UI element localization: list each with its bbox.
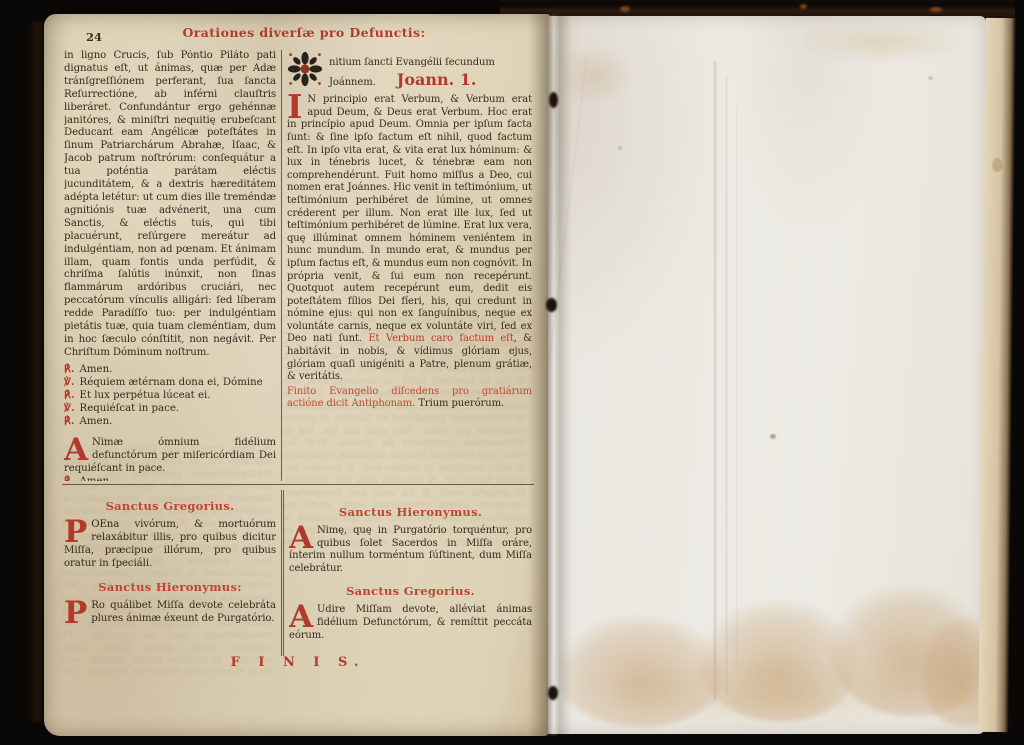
page-crease [726,76,727,696]
versicle-symbol: ℣. [64,402,75,414]
section-paragraph: POEna vivórum, & mortuórum relaxábitur i… [64,519,276,571]
drop-cap-initial: A [289,525,317,550]
versicle-line: ℟.Amen. [64,475,276,481]
fox-spot [770,434,776,439]
lower-text-columns: Sanctus Gregorius. POEna vivórum, & mort… [64,490,532,656]
fleuron-ornament-icon [287,51,323,87]
upper-text-columns: in ligno Crucis, ſub Póntio Piláto pati … [64,50,532,481]
edge-smudge [992,158,1002,172]
sewing-hole [546,298,557,312]
fox-spot [928,76,933,80]
versicle-line: ℟.Et lux perpétua lúceat ei. [64,389,276,402]
gospel-red-phrase: Et Verbum caro factum eſt [368,333,513,344]
rubric-paragraph: Finito Evangelio diſcedens pro gratiárum… [287,386,532,411]
versicle-text: Amen. [80,476,113,481]
drop-cap-initial: A [289,604,317,629]
rust-speck [800,4,807,9]
rubric-black-text: Trium puerórum. [418,398,504,409]
finis-label: F I N I S. [64,655,532,670]
drop-cap-initial: A [64,437,92,462]
versicle-text: Amen. [80,416,113,427]
response-symbol: ℟. [64,363,75,375]
section-heading: Sanctus Hieronymus: [64,580,276,594]
section-text: Udire Miſſam devote, alléviat ánimas fid… [289,604,532,640]
prayer-paragraph: in ligno Crucis, ſub Póntio Piláto pati … [64,50,276,360]
running-header: Orationes diverſæ pro Defunctis: [84,25,524,40]
drop-cap-initial: P [64,519,91,544]
versicle-line: ℟.Amen. [64,415,276,428]
section-heading: Sanctus Gregorius. [289,584,532,598]
section-heading: Sanctus Gregorius. [64,499,276,513]
right-text-column: nitium ſancti Evangélii ſecundum Joánnem… [287,50,532,481]
versicle-text: Amen. [80,364,113,375]
versicle-text: Requiéſcat in pace. [80,403,180,414]
book-cover-left-edge [26,22,46,722]
section-heading: Sanctus Hieronymus. [289,505,532,519]
animae-paragraph: ANimæ ómnium fidélium defunctórum per mi… [64,437,276,476]
scripture-reference: Joann. 1. [397,70,477,89]
left-page: N principio erat Verbum, & Verbum erat a… [44,14,550,736]
sewing-hole [549,92,558,108]
book-fore-edge [978,18,1015,732]
versicle-line: ℣.Requiéſcat in pace. [64,402,276,415]
gospel-paragraph: IN principio erat Verbum, & Verbum erat … [287,94,532,384]
section-text: Ro quálibet Miſſa devote celebráta plure… [91,600,276,624]
column-divider-rule [281,50,282,481]
response-symbol: ℟. [64,389,75,401]
versicle-line: ℟.Amen. [64,363,276,376]
water-stain [798,18,968,64]
rust-speck [930,7,942,12]
water-stain [608,656,938,736]
page-crease [714,61,716,701]
section-text: Nimę, quę in Purgatório torquéntur, pro … [289,525,532,574]
lower-left-column: Sanctus Gregorius. POEna vivórum, & mort… [64,490,276,656]
versicle-symbol: ℣. [64,376,75,388]
section-paragraph: ANimę, quę in Purgatório torquéntur, pro… [289,525,532,575]
gospel-incipit: nitium ſancti Evangélii ſecundum Joánnem… [287,50,532,89]
lower-right-column: Sanctus Hieronymus. ANimę, quę in Purgat… [289,490,532,656]
drop-cap-initial: I [287,94,307,119]
fox-spot [618,146,622,150]
book-photo-scene: N principio erat Verbum, & Verbum erat a… [0,0,1024,745]
versicle-list: ℟.Amen. ℣.Réquiem ætérnam dona ei, Dómin… [64,363,276,428]
versicle-line: ℣.Réquiem ætérnam dona ei, Dómine [64,376,276,389]
column-divider-rule [281,490,284,656]
section-text: OEna vivórum, & mortuórum relaxábitur il… [64,519,276,569]
gospel-text: N principio erat Verbum, & Verbum erat a… [287,94,532,344]
page-crease [736,106,737,666]
left-text-column: in ligno Crucis, ſub Póntio Piláto pati … [64,50,276,481]
sewing-hole [548,686,558,700]
rust-speck [620,6,630,12]
water-stain [554,46,634,106]
drop-cap-initial: P [64,600,91,625]
response-symbol: ℟. [64,475,75,481]
section-divider-rule [62,484,534,485]
response-symbol: ℟. [64,415,75,427]
animae-text: Nimæ ómnium fidélium defunctórum per miſ… [64,437,276,474]
right-page-blank [548,16,986,734]
section-paragraph: PRo quálibet Miſſa devote celebráta plur… [64,600,276,626]
section-paragraph: AUdire Miſſam devote, alléviat ánimas fi… [289,604,532,642]
versicle-text: Réquiem ætérnam dona ei, Dómine [80,377,263,388]
versicle-text: Et lux perpétua lúceat ei. [80,390,211,401]
